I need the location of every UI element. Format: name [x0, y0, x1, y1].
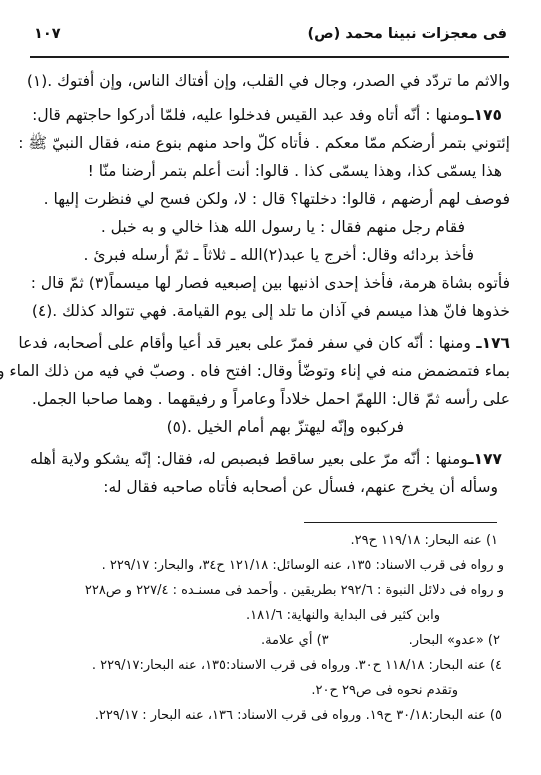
body-line: فأتوه بشاة هرمة، فأخذ إحدى اذنيها بين إص… — [30, 269, 510, 297]
footnote-text: ١) عنه البحار: ١١٩/١٨ ح٢٩. — [350, 533, 498, 548]
body-line: بماء فتمضمض منه في إناء وتوضّأ وقال: افت… — [30, 357, 510, 385]
body-line-text: ومنها : أنّه أتاه وفد عبد القيس فدخلوا ع… — [32, 106, 468, 124]
footnote-text: ٢) «عدو» البحار. — [409, 633, 500, 648]
footnote-text: ٣) أي علامة. — [261, 633, 329, 648]
body-line: فوصف لهم أرضهم ، قالوا: دخلتها؟ قال : لا… — [30, 185, 510, 213]
footnote-divider — [304, 522, 497, 523]
book-page: فى معجزات نبينا محمد (ص) ١٠٧ والاثم ما ت… — [0, 0, 541, 775]
footnote-text: و رواه فى دلائل النبوة : ٢٩٢/٦ بطريقين .… — [85, 583, 504, 598]
body-line-text: على رأسه ثمّ قال: اللهمّ احمل خلاداً وعا… — [32, 390, 510, 408]
page-header: فى معجزات نبينا محمد (ص) ١٠٧ — [34, 26, 507, 42]
footnote-line: ٢) «عدو» البحار.٣) أي علامة. — [30, 628, 510, 653]
footnote-text: وتقدم نحوه فى ص٢٩ ح٢٠. — [311, 683, 458, 698]
page-number: ١٠٧ — [34, 26, 61, 42]
footnote-text: ٤) عنه البحار: ١١٨/١٨ ح٣٠. ورواه فى قرب … — [92, 658, 502, 673]
body-line: خذوها فانّ هذا ميسم في آذان ما تلد إلى ي… — [30, 297, 510, 325]
body-line-text: بماء فتمضمض منه في إناء وتوضّأ وقال: افت… — [0, 362, 510, 380]
body-line-text: فقام رجل منهم فقال : يا رسول الله هذا خا… — [101, 218, 465, 236]
footnote-line: وتقدم نحوه فى ص٢٩ ح٢٠. — [30, 678, 510, 703]
body-text: والاثم ما تردّد في الصدر، وجال في القلب،… — [30, 67, 510, 501]
body-line: ١٧٥ـومنها : أنّه أتاه وفد عبد القيس فدخل… — [30, 101, 510, 129]
body-line-text: هذا يسمّى كذا، وهذا يسمّى كذا . قالوا: أ… — [88, 162, 502, 180]
body-line-text: إئتوني بتمر أرضكم ممّا معكم . فأتاه كلّ … — [18, 134, 510, 152]
footnote-text: و رواه فى قرب الاسناد: ١٣٥، عنه الوسائل:… — [102, 558, 504, 573]
body-line-text: ومنها : أنّه كان في سفر فمرّ على بعير قد… — [18, 334, 471, 352]
body-line: وسأله أن يخرج عنهم، فسأل عن أصحابه فأتاه… — [30, 473, 510, 501]
body-line: ١٧٧ـومنها : أنّه مرّ على بعير ساقط فبصبص… — [30, 445, 510, 473]
body-line-text: فأتوه بشاة هرمة، فأخذ إحدى اذنيها بين إص… — [31, 274, 510, 292]
footnote-line: وابن كثير فى البداية والنهاية: ١٨١/٦. — [30, 603, 510, 628]
body-line: فركبوه وإنّه ليهتزّ بهم أمام الخيل .(٥) — [30, 413, 510, 441]
body-line: إئتوني بتمر أرضكم ممّا معكم . فأتاه كلّ … — [30, 129, 510, 157]
body-line-text: فركبوه وإنّه ليهتزّ بهم أمام الخيل .(٥) — [167, 418, 404, 436]
footnote-line: و رواه فى دلائل النبوة : ٢٩٢/٦ بطريقين .… — [30, 578, 510, 603]
body-line-text: فوصف لهم أرضهم ، قالوا: دخلتها؟ قال : لا… — [44, 190, 510, 208]
footnote-line: ١) عنه البحار: ١١٩/١٨ ح٢٩. — [30, 528, 510, 553]
body-line-text: ومنها : أنّه مرّ على بعير ساقط فبصبص له،… — [30, 450, 468, 468]
body-line: فأخذ بردائه وقال: أخرج يا عبد(٢)الله ـ ث… — [30, 241, 510, 269]
body-line-text: فأخذ بردائه وقال: أخرج يا عبد(٢)الله ـ ث… — [84, 246, 474, 264]
hadith-number: ١٧٧ـ — [468, 450, 502, 468]
body-line-text: خذوها فانّ هذا ميسم في آذان ما تلد إلى ي… — [32, 302, 510, 320]
footnote-line: و رواه فى قرب الاسناد: ١٣٥، عنه الوسائل:… — [30, 553, 510, 578]
body-line-text: والاثم ما تردّد في الصدر، وجال في القلب،… — [27, 72, 510, 90]
footnotes: ١) عنه البحار: ١١٩/١٨ ح٢٩. و رواه فى قرب… — [30, 528, 510, 728]
footnote-line: ٥) عنه البحار:٣٠/١٨ ح١٩. ورواه فى قرب ال… — [30, 703, 510, 728]
body-line: على رأسه ثمّ قال: اللهمّ احمل خلاداً وعا… — [30, 385, 510, 413]
body-line-text: وسأله أن يخرج عنهم، فسأل عن أصحابه فأتاه… — [103, 478, 498, 496]
body-line: والاثم ما تردّد في الصدر، وجال في القلب،… — [30, 67, 510, 95]
hadith-number: ١٧٥ـ — [468, 106, 502, 124]
hadith-number: ١٧٦ـ — [471, 334, 510, 352]
footnote-line: ٤) عنه البحار: ١١٨/١٨ ح٣٠. ورواه فى قرب … — [30, 653, 510, 678]
footnote-text: وابن كثير فى البداية والنهاية: ١٨١/٦. — [246, 608, 440, 623]
footnote-text: ٥) عنه البحار:٣٠/١٨ ح١٩. ورواه فى قرب ال… — [95, 708, 502, 723]
body-line: ١٧٦ـ ومنها : أنّه كان في سفر فمرّ على بع… — [30, 329, 510, 357]
body-line: هذا يسمّى كذا، وهذا يسمّى كذا . قالوا: أ… — [30, 157, 510, 185]
header-rule — [30, 56, 509, 58]
body-line: فقام رجل منهم فقال : يا رسول الله هذا خا… — [30, 213, 510, 241]
running-title: فى معجزات نبينا محمد (ص) — [308, 26, 507, 42]
